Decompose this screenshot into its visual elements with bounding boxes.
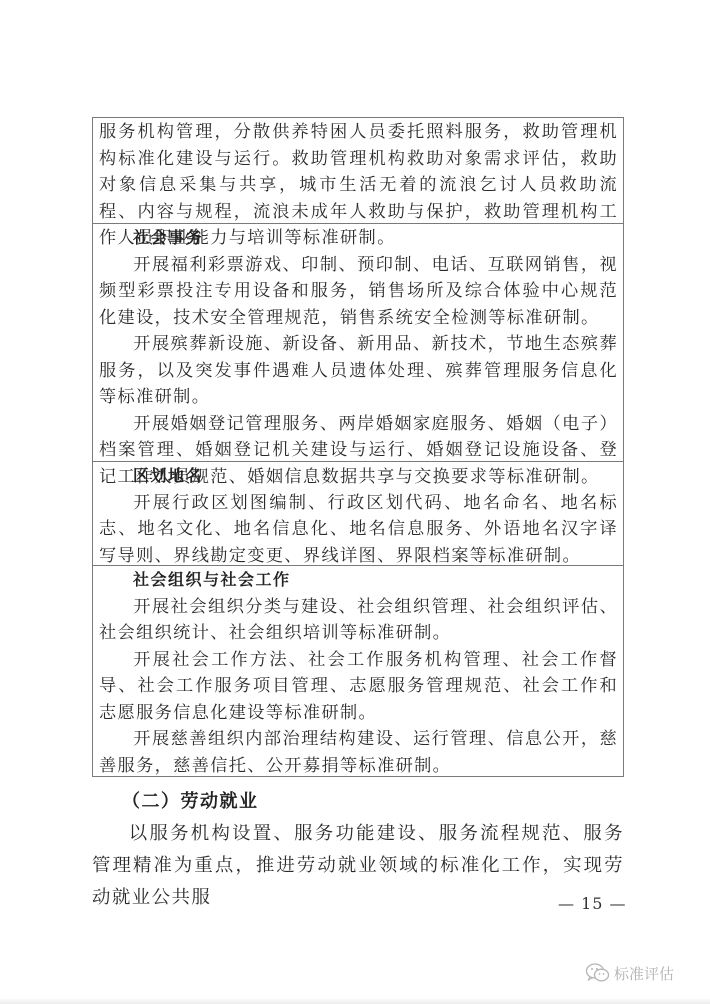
cell-paragraph: 开展行政区划图编制、行政区划代码、地名命名、地名标志、地名文化、地名信息化、地名…	[99, 490, 618, 570]
section-heading: （二）劳动就业	[122, 787, 259, 813]
table-cell-social-organizations: 社会组织与社会工作 开展社会组织分类与建设、社会组织管理、社会组织评估、社会组织…	[93, 565, 623, 776]
cell-paragraph: 开展社会组织分类与建设、社会组织管理、社会组织评估、社会组织统计、社会组织培训等…	[99, 594, 618, 647]
watermark-text: 标准评估	[614, 963, 674, 984]
standards-table: 服务机构管理，分散供养特困人员委托照料服务，救助管理机构标准化建设与运行。救助管…	[92, 117, 624, 777]
page-number: — 15 —	[558, 894, 627, 913]
cell-paragraph: 开展慈善组织内部治理结构建设、运行管理、信息公开，慈善服务，慈善信托、公开募捐等…	[99, 726, 618, 779]
cell-paragraph: 开展社会工作方法、社会工作服务机构管理、社会工作督导、社会工作服务项目管理、志愿…	[99, 647, 618, 727]
section-body: 以服务机构设置、服务功能建设、服务流程规范、服务管理精准为重点，推进劳动就业领域…	[92, 818, 624, 914]
cell-paragraph: 开展殡葬新设施、新设备、新用品、新技术，节地生态殡葬服务，以及突发事件遇难人员遗…	[99, 331, 618, 411]
cell-paragraph: 开展福利彩票游戏、印制、预印制、电话、互联网销售，视频型彩票投注专用设备和服务，…	[99, 252, 618, 332]
page-edge	[0, 998, 710, 1004]
cell-title: 社会组织与社会工作	[99, 567, 618, 594]
watermark: 标准评估	[585, 962, 674, 984]
table-cell-relief-management: 服务机构管理，分散供养特困人员委托照料服务，救助管理机构标准化建设与运行。救助管…	[93, 118, 623, 223]
table-cell-social-affairs: 社会事务 开展福利彩票游戏、印制、预印制、电话、互联网销售，视频型彩票投注专用设…	[93, 223, 623, 461]
wechat-icon	[585, 962, 611, 984]
